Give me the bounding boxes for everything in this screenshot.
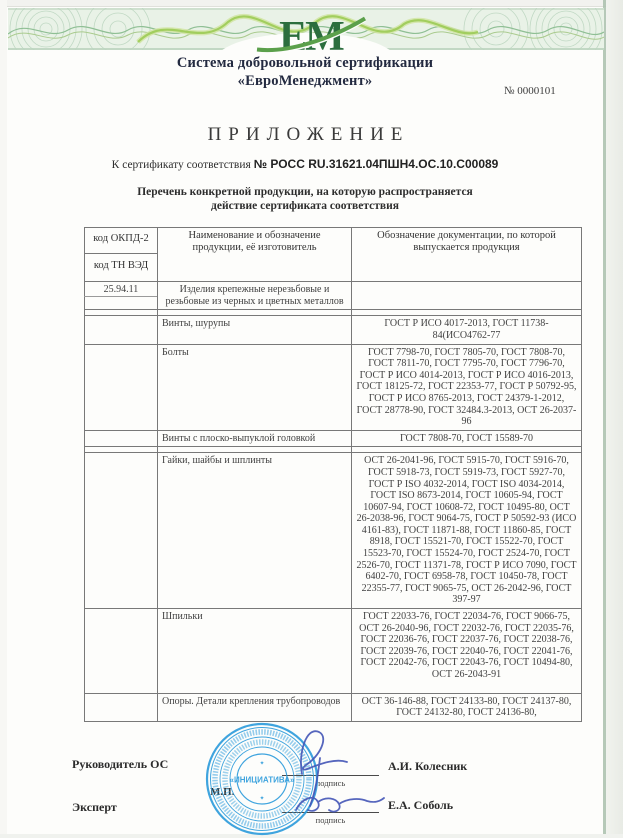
cell-product-name: Винты с плоско-выпуклой головкой xyxy=(158,430,352,447)
cell-product-name: Винты, шурупы xyxy=(158,316,352,344)
table-row: Винты с плоско-выпуклой головкойГОСТ 780… xyxy=(85,430,582,447)
scan-edge-top xyxy=(0,0,623,7)
cell-code xyxy=(85,344,158,430)
page-title: ПРИЛОЖЕНИЕ xyxy=(0,124,610,146)
header-tnved-label: код ТН ВЭД xyxy=(85,254,157,282)
cell-code xyxy=(85,609,158,694)
table-header-row: код ОКПД-2 код ТН ВЭД Наименование и обо… xyxy=(85,228,582,282)
certificate-page: EM Система добровольной сертификации «Ев… xyxy=(0,0,623,838)
signature-1-stroke xyxy=(301,731,347,774)
certificate-number: № РОСС RU.31621.04ПШН4.ОС.10.С00089 xyxy=(254,157,499,171)
cell-code xyxy=(85,453,158,609)
table-row: ШпилькиГОСТ 22033-76, ГОСТ 22034-76, ГОС… xyxy=(85,609,582,694)
cell-product-name: Гайки, шайбы и шплинты xyxy=(158,453,352,609)
table-row: 25.94.11Изделия крепежные нерезьбовые и … xyxy=(85,282,582,310)
certificate-reference-line: К сертификату соответствия № РОСС RU.316… xyxy=(0,157,610,171)
product-table: код ОКПД-2 код ТН ВЭД Наименование и обо… xyxy=(84,227,582,722)
header-cell-product-name: Наименование и обозначение продукции, её… xyxy=(158,228,352,282)
cell-documentation: ОСТ 26-2041-96, ГОСТ 5915-70, ГОСТ 5916-… xyxy=(352,453,582,609)
subtitle-line1: Перечень конкретной продукции, на котору… xyxy=(0,185,610,199)
cell-code xyxy=(85,693,158,721)
table-row: Гайки, шайбы и шплинтыОСТ 26-2041-96, ГО… xyxy=(85,453,582,609)
cell-documentation: ГОСТ Р ИСО 4017-2013, ГОСТ 11738-84(ИСО4… xyxy=(352,316,582,344)
cell-code xyxy=(85,430,158,447)
head-of-body-label: Руководитель ОС xyxy=(72,757,168,772)
handwritten-signatures xyxy=(272,714,412,838)
product-list-subtitle: Перечень конкретной продукции, на котору… xyxy=(0,185,610,213)
document-number: № 0000101 xyxy=(504,85,556,97)
cell-product-name: Болты xyxy=(158,344,352,430)
org-name-line1: Система добровольной сертификации xyxy=(0,55,610,72)
scan-line-artifact xyxy=(84,296,157,297)
expert-label: Эксперт xyxy=(72,800,117,815)
product-table-body: 25.94.11Изделия крепежные нерезьбовые и … xyxy=(85,282,582,722)
cell-code xyxy=(85,316,158,344)
stamp-ornament-top: ✦ xyxy=(259,760,264,767)
signature-2-stroke xyxy=(296,798,384,812)
header-cell-codes: код ОКПД-2 код ТН ВЭД xyxy=(85,228,158,282)
cell-product-name: Шпильки xyxy=(158,609,352,694)
em-logo-image: EM xyxy=(253,12,369,58)
table-row: БолтыГОСТ 7798-70, ГОСТ 7805-70, ГОСТ 78… xyxy=(85,344,582,430)
header-okpd2-label: код ОКПД-2 xyxy=(85,228,157,254)
em-logo: EM xyxy=(253,12,369,58)
header-cell-documentation: Обозначение документации, по которой вып… xyxy=(352,228,582,282)
cell-documentation: ГОСТ 7808-70, ГОСТ 15589-70 xyxy=(352,430,582,447)
cell-documentation: ГОСТ 22033-76, ГОСТ 22034-76, ГОСТ 9066-… xyxy=(352,609,582,694)
cell-product-name: Изделия крепежные нерезьбовые и резьбовы… xyxy=(158,282,352,310)
cell-documentation: ГОСТ 7798-70, ГОСТ 7805-70, ГОСТ 7808-70… xyxy=(352,344,582,430)
stamp-ornament-bottom: ✦ xyxy=(259,795,264,802)
certificate-reference-prefix: К сертификату соответствия xyxy=(112,159,254,171)
cell-documentation xyxy=(352,282,582,310)
subtitle-line2: действие сертификата соответствия xyxy=(0,199,610,213)
table-row: Винты, шурупыГОСТ Р ИСО 4017-2013, ГОСТ … xyxy=(85,316,582,344)
